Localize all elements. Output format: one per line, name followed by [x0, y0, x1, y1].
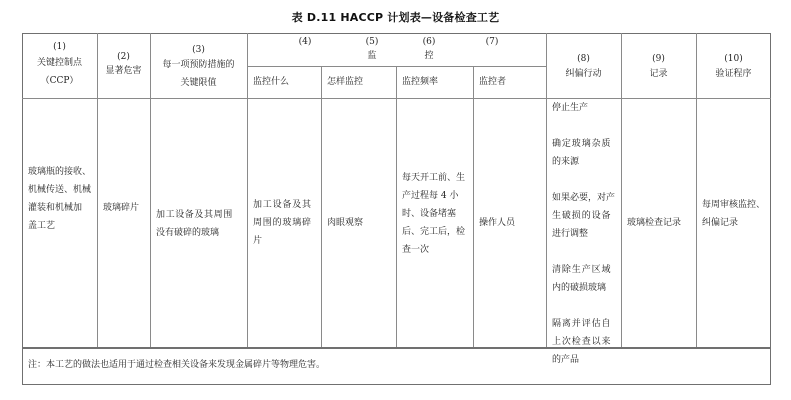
- header-monitor-how: 怎样监控: [327, 73, 363, 91]
- header-num: (1): [22, 40, 97, 54]
- header-corrective-action: (8) 纠偏行动: [546, 53, 621, 83]
- cell-records: 玻璃检查记录: [627, 214, 681, 232]
- header-verification: (10) 验证程序: [696, 53, 771, 83]
- monitor-label-char: 控: [409, 49, 449, 63]
- cell-critical-limit: 加工设备及其周围 没有破碎的玻璃: [156, 206, 244, 242]
- header-ccp: (1) 关键控制点 （CCP）: [22, 40, 97, 90]
- text-line: 每天开工前、生: [402, 169, 472, 187]
- monitor-subheader-divider: [247, 66, 546, 67]
- cell-monitor-frequency: 每天开工前、生 产过程每 4 小 时、设备堵塞 后、完工后，检 查一次: [402, 169, 472, 259]
- col-divider: [396, 66, 397, 347]
- col-divider: [97, 33, 98, 347]
- text-line: 清除生产区域: [552, 261, 620, 279]
- header-monitor-what: 监控什么: [253, 73, 289, 91]
- text-line: 盖工艺: [28, 217, 94, 235]
- text-line: 产过程每 4 小: [402, 187, 472, 205]
- text-line: 加工设备及其: [253, 196, 319, 214]
- header-records: (9) 记录: [621, 53, 696, 83]
- header-label: 显著危害: [97, 63, 150, 79]
- header-bottom-divider: [22, 98, 771, 99]
- text-line: 时、设备堵塞: [402, 205, 472, 223]
- cell-monitor-how: 肉眼观察: [327, 214, 363, 232]
- text-line: 内的破损玻璃: [552, 279, 620, 297]
- header-num: (8): [546, 53, 621, 65]
- col-divider: [247, 33, 248, 347]
- col-divider: [321, 66, 322, 347]
- note-divider: [22, 347, 771, 349]
- text-line: 的产品: [552, 351, 620, 369]
- header-num-6: (6): [409, 35, 449, 49]
- corrective-action-item: 停止生产: [552, 99, 620, 117]
- corrective-action-item: 隔离并评估自 上次检查以来 的产品: [552, 315, 620, 369]
- text-line: 进行调整: [552, 225, 620, 243]
- header-label: 每一项预防措施的: [150, 56, 247, 74]
- cell-corrective-actions: 停止生产 确定玻璃杂质 的来源 如果必要，对产 生破损的设备 进行调整 清除生产…: [552, 99, 620, 369]
- cell-hazard: 玻璃碎片: [103, 199, 139, 217]
- text-line: 玻璃瓶的接收、: [28, 163, 94, 181]
- corrective-action-item: 清除生产区域 内的破损玻璃: [552, 261, 620, 297]
- monitor-label-char: 监: [352, 49, 392, 63]
- cell-monitor-what: 加工设备及其 周围的玻璃碎 片: [253, 196, 319, 250]
- header-monitor-who: 监控者: [479, 73, 506, 91]
- text-line: 每周审核监控、: [702, 196, 770, 214]
- header-monitor-frequency: 监控频率: [402, 73, 438, 91]
- text-line: 机械传送、机械: [28, 181, 94, 199]
- table-title: 表 D.11 HACCP 计划表—设备检查工艺: [0, 9, 791, 25]
- text-line: 灌装和机械加: [28, 199, 94, 217]
- text-line: 如果必要，对产: [552, 189, 620, 207]
- header-num-7: (7): [472, 35, 512, 49]
- text-line: 停止生产: [552, 99, 620, 117]
- corrective-action-item: 如果必要，对产 生破损的设备 进行调整: [552, 189, 620, 243]
- cell-ccp: 玻璃瓶的接收、 机械传送、机械 灌装和机械加 盖工艺: [28, 163, 94, 235]
- text-line: 生破损的设备: [552, 207, 620, 225]
- header-num: (9): [621, 53, 696, 65]
- header-hazard: (2) 显著危害: [97, 51, 150, 79]
- header-num-4: (4): [285, 35, 325, 49]
- header-label: 关键控制点: [22, 54, 97, 72]
- cell-verification: 每周审核监控、 纠偏记录: [702, 196, 770, 232]
- text-line: 查一次: [402, 241, 472, 259]
- text-line: 片: [253, 232, 319, 250]
- header-num-5: (5): [352, 35, 392, 49]
- text-line: 隔离并评估自: [552, 315, 620, 333]
- table-note: 注：本工艺的做法也适用于通过检查相关设备来发现金属碎片等物理危害。: [28, 356, 325, 374]
- header-label: 纠偏行动: [546, 65, 621, 83]
- text-line: 周围的玻璃碎: [253, 214, 319, 232]
- header-label: 关键限值: [150, 74, 247, 92]
- text-line: 后、完工后，检: [402, 223, 472, 241]
- text-line: 加工设备及其周围: [156, 206, 244, 224]
- text-line: 没有破碎的玻璃: [156, 224, 244, 242]
- header-label: （CCP）: [22, 72, 97, 90]
- header-label: 验证程序: [696, 65, 771, 83]
- col-divider: [473, 66, 474, 347]
- header-num: (10): [696, 53, 771, 65]
- text-line: 纠偏记录: [702, 214, 770, 232]
- corrective-action-item: 确定玻璃杂质 的来源: [552, 135, 620, 171]
- text-line: 上次检查以来: [552, 333, 620, 351]
- text-line: 的来源: [552, 153, 620, 171]
- header-num: (2): [97, 51, 150, 63]
- header-label: 记录: [621, 65, 696, 83]
- cell-monitor-who: 操作人员: [479, 214, 515, 232]
- text-line: 确定玻璃杂质: [552, 135, 620, 153]
- header-critical-limit: (3) 每一项预防措施的 关键限值: [150, 44, 247, 92]
- header-num: (3): [150, 44, 247, 56]
